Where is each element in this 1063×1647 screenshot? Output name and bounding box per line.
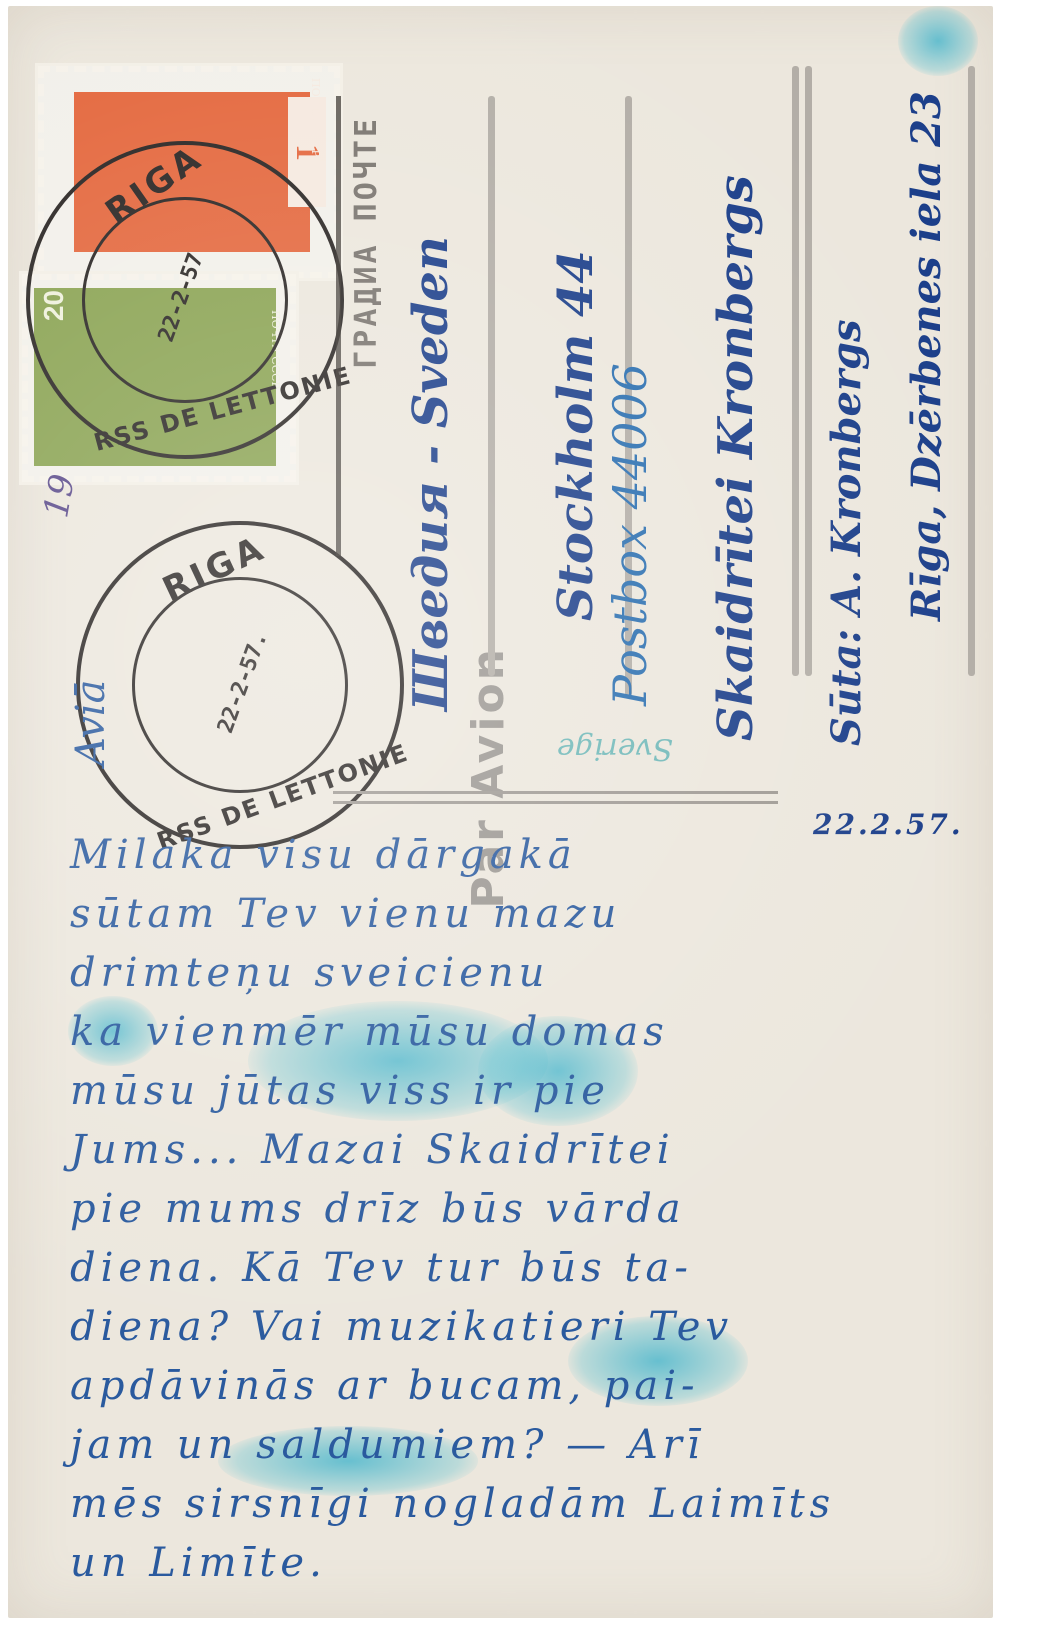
message-line: mēs sirsnīgi nogladām Laimīts	[70, 1475, 1010, 1534]
address-rule	[625, 96, 632, 696]
address-rule	[792, 66, 799, 676]
airmail-label: Par Avion	[463, 646, 514, 909]
postmark-inner-ring	[132, 577, 348, 793]
message-line: ka vienmēr mūsu domas	[70, 1003, 1010, 1062]
message-line: sūtam Tev vienu mazu	[70, 885, 1010, 944]
stamp-inscription: ПОЧТА СССР	[269, 310, 282, 389]
address-postbox: Postbox 44006	[603, 363, 657, 706]
postmark-country: RSS DE LETTONIE	[91, 361, 355, 457]
address-rule	[968, 66, 975, 676]
message-line: Jums... Mazai Skaidrītei	[70, 1121, 1010, 1180]
stamp-value: 20	[38, 290, 70, 321]
stamp-1-ruble: 1 ПОЧТА СССР	[38, 66, 340, 278]
sender-address: Rīga, Dzērbenes iela 23	[903, 91, 950, 621]
address-rule	[805, 66, 812, 676]
postmark-upper: RIGA 22-2-57 RSS DE LETTONIE	[26, 141, 344, 459]
machine-cancel: ГРАДИА ПОЧТЕ	[336, 96, 373, 556]
note-aviso: Aviā	[68, 679, 114, 766]
message-line: mūsu jūtas viss ir pie	[70, 1062, 1010, 1121]
address-city: Stockholm 44	[548, 250, 604, 621]
message-line: diena? Vai muzikatieri Tev	[70, 1298, 1010, 1357]
ink-blot	[248, 1001, 548, 1121]
message-line: drimteņu sveicienu	[70, 944, 1010, 1003]
ink-blot	[218, 1426, 478, 1496]
note-sverige: Sverige	[557, 731, 673, 766]
message-line: diena. Kā Tev tur būs ta-	[70, 1239, 1010, 1298]
stamp-image	[34, 288, 276, 466]
message-line: jam un saldumiem? — Arī	[70, 1416, 1010, 1475]
postmark-country: RSS DE LETTONIE	[153, 738, 412, 855]
ink-blot	[68, 996, 158, 1066]
letter-date: 22.2.57.	[813, 808, 964, 841]
sender-name: Sūta: A. Kronbergs	[823, 319, 870, 746]
stamp-20-kopeks: 20 ПОЧТА СССР	[22, 274, 296, 482]
ink-blot	[568, 1316, 748, 1406]
postcard: 1 ПОЧТА СССР 20 ПОЧТА СССР RIGA 22-2-57 …	[8, 6, 993, 1618]
postmark-date: 22-2-57	[154, 250, 209, 346]
postmark-city: RIGA	[98, 137, 210, 232]
message-line: apdāvinās ar bucam, pai-	[70, 1357, 1010, 1416]
message-line: pie mums drīz būs vārda	[70, 1180, 1010, 1239]
address-rule	[488, 96, 495, 676]
postmark-date: 22-2-57.	[213, 628, 273, 736]
message-line: un Limīte.	[70, 1534, 1010, 1593]
divider-rule	[333, 791, 778, 794]
address-country: Шведия - Sveden	[403, 236, 459, 711]
machine-cancel-text: ГРАДИА ПОЧТЕ	[349, 116, 384, 369]
stamp-image	[74, 92, 310, 252]
address-recipient: Skaidrītei Kronbergs	[708, 175, 764, 741]
postmark-inner-ring	[82, 197, 288, 403]
ink-blot	[898, 6, 978, 76]
stamp-value: 1	[288, 97, 326, 207]
pencil-mark: 19	[36, 471, 83, 521]
ink-blot	[478, 1016, 638, 1126]
postmark-city: RIGA	[157, 528, 273, 610]
message-line: Milaka visu dārgakā	[70, 826, 1010, 885]
divider-rule	[333, 801, 778, 804]
message-body: Milaka visu dārgakāsūtam Tev vienu mazud…	[70, 826, 1010, 1593]
postmark-lower: RIGA 22-2-57. RSS DE LETTONIE	[76, 521, 404, 849]
stamp-inscription: ПОЧТА СССР	[309, 78, 322, 157]
